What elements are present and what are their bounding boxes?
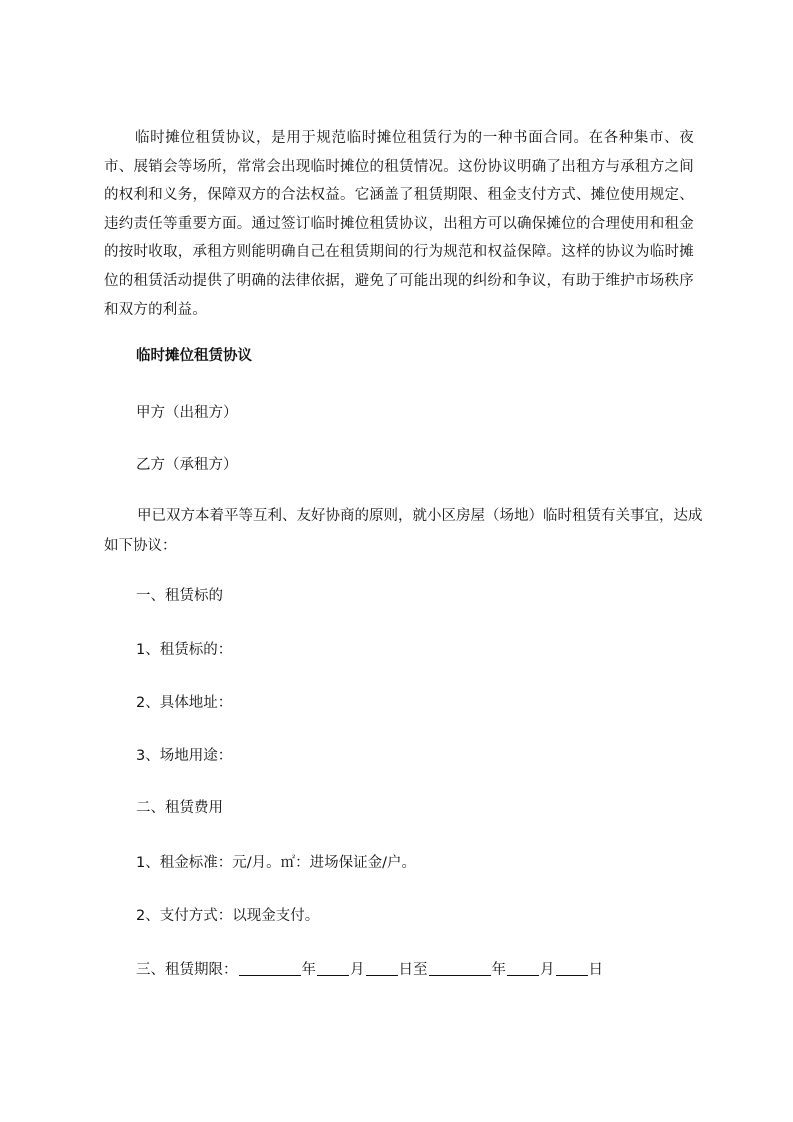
end-day-blank[interactable] bbox=[556, 961, 588, 976]
end-month-label: 月 bbox=[540, 962, 555, 978]
section-1-heading: 一、租赁标的 bbox=[136, 584, 223, 605]
preamble-paragraph: 甲已双方本着平等互利、友好协商的原则，就小区房屋（场地）临时租赁有关事宜，达成如… bbox=[104, 501, 710, 561]
start-month-label: 月 bbox=[350, 962, 365, 978]
end-year-blank[interactable] bbox=[429, 961, 491, 976]
section-1-item-2: 2、具体地址： bbox=[136, 691, 232, 712]
start-year-blank[interactable] bbox=[239, 961, 301, 976]
section-1-item-3: 3、场地用途： bbox=[136, 744, 232, 765]
end-month-blank[interactable] bbox=[507, 961, 539, 976]
section-3-lease-term: 三、租赁期限：年月日至年月日 bbox=[136, 958, 603, 979]
party-a-label: 甲方（出租方） bbox=[136, 401, 238, 422]
section-2-item-2: 2、支付方式：以现金支付。 bbox=[136, 904, 319, 925]
end-year-label: 年 bbox=[492, 962, 507, 978]
section-3-label: 三、租赁期限： bbox=[136, 962, 238, 978]
document-page: 临时摊位租赁协议，是用于规范临时摊位租赁行为的一种书面合同。在各种集市、夜市、展… bbox=[0, 0, 793, 1122]
section-2-item-1: 1、租金标准：元/月。㎡：进场保证金/户。 bbox=[136, 851, 416, 872]
start-month-blank[interactable] bbox=[317, 961, 349, 976]
start-day-blank[interactable] bbox=[366, 961, 398, 976]
section-2-heading: 二、租赁费用 bbox=[136, 796, 223, 817]
start-year-label: 年 bbox=[302, 962, 317, 978]
agreement-title: 临时摊位租赁协议 bbox=[136, 344, 252, 365]
party-b-label: 乙方（承租方） bbox=[136, 453, 238, 474]
end-day-label: 日 bbox=[589, 962, 604, 978]
start-day-label: 日至 bbox=[399, 962, 428, 978]
section-1-item-1: 1、租赁标的： bbox=[136, 638, 232, 659]
intro-paragraph: 临时摊位租赁协议，是用于规范临时摊位租赁行为的一种书面合同。在各种集市、夜市、展… bbox=[104, 124, 694, 324]
